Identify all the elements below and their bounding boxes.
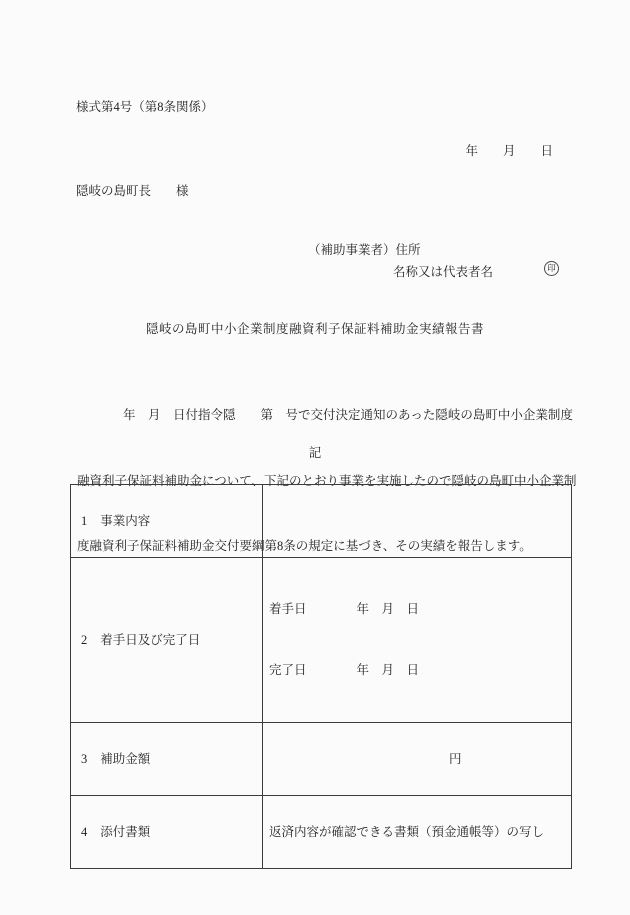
header-date-line: 年 月 日	[465, 144, 553, 158]
document-page: 様式第4号（第8条関係） 年 月 日 隠岐の島町長 様 （補助事業者）住所 名称…	[0, 0, 630, 915]
ki-heading: 記	[0, 446, 630, 460]
addressee-line: 隠岐の島町長 様	[76, 184, 189, 198]
table-row: 4 添付書類 返済内容が確認できる書類（預金通帳等）の写し	[71, 795, 572, 868]
row-value-cell	[263, 485, 572, 558]
table-row: 1 事業内容	[71, 485, 572, 558]
row-label: 補助金額	[100, 752, 150, 766]
applicant-name-label: 名称又は代表者名	[393, 265, 493, 279]
end-date-line: 完了日 年 月 日	[269, 660, 571, 681]
report-table: 1 事業内容 2 着手日及び完了日 着手日 年 月 日 完了日 年 月 日	[70, 484, 572, 869]
body-line-1: 年 月 日付指令隠 第 号で交付決定通知のあった隠岐の島町中小企業制度	[77, 405, 575, 427]
applicant-address-label: （補助事業者）住所	[308, 243, 421, 257]
row-number: 4	[81, 825, 87, 839]
row-value-cell: 着手日 年 月 日 完了日 年 月 日	[263, 557, 572, 722]
row-value-cell: 円	[263, 722, 572, 795]
row-label: 着手日及び完了日	[100, 633, 200, 647]
row-label: 事業内容	[100, 514, 150, 528]
row-label: 添付書類	[100, 825, 150, 839]
form-number: 様式第4号（第8条関係）	[76, 100, 214, 114]
row-number: 1	[81, 514, 87, 528]
row-number: 2	[81, 633, 87, 647]
table-row: 3 補助金額 円	[71, 722, 572, 795]
row-value-cell: 返済内容が確認できる書類（預金通帳等）の写し	[263, 795, 572, 868]
document-title: 隠岐の島町中小企業制度融資利子保証料補助金実績報告書	[0, 322, 630, 336]
start-date-line: 着手日 年 月 日	[269, 599, 571, 620]
table-row: 2 着手日及び完了日 着手日 年 月 日 完了日 年 月 日	[71, 557, 572, 722]
seal-mark-icon: 印	[544, 261, 559, 276]
row-number: 3	[81, 752, 87, 766]
